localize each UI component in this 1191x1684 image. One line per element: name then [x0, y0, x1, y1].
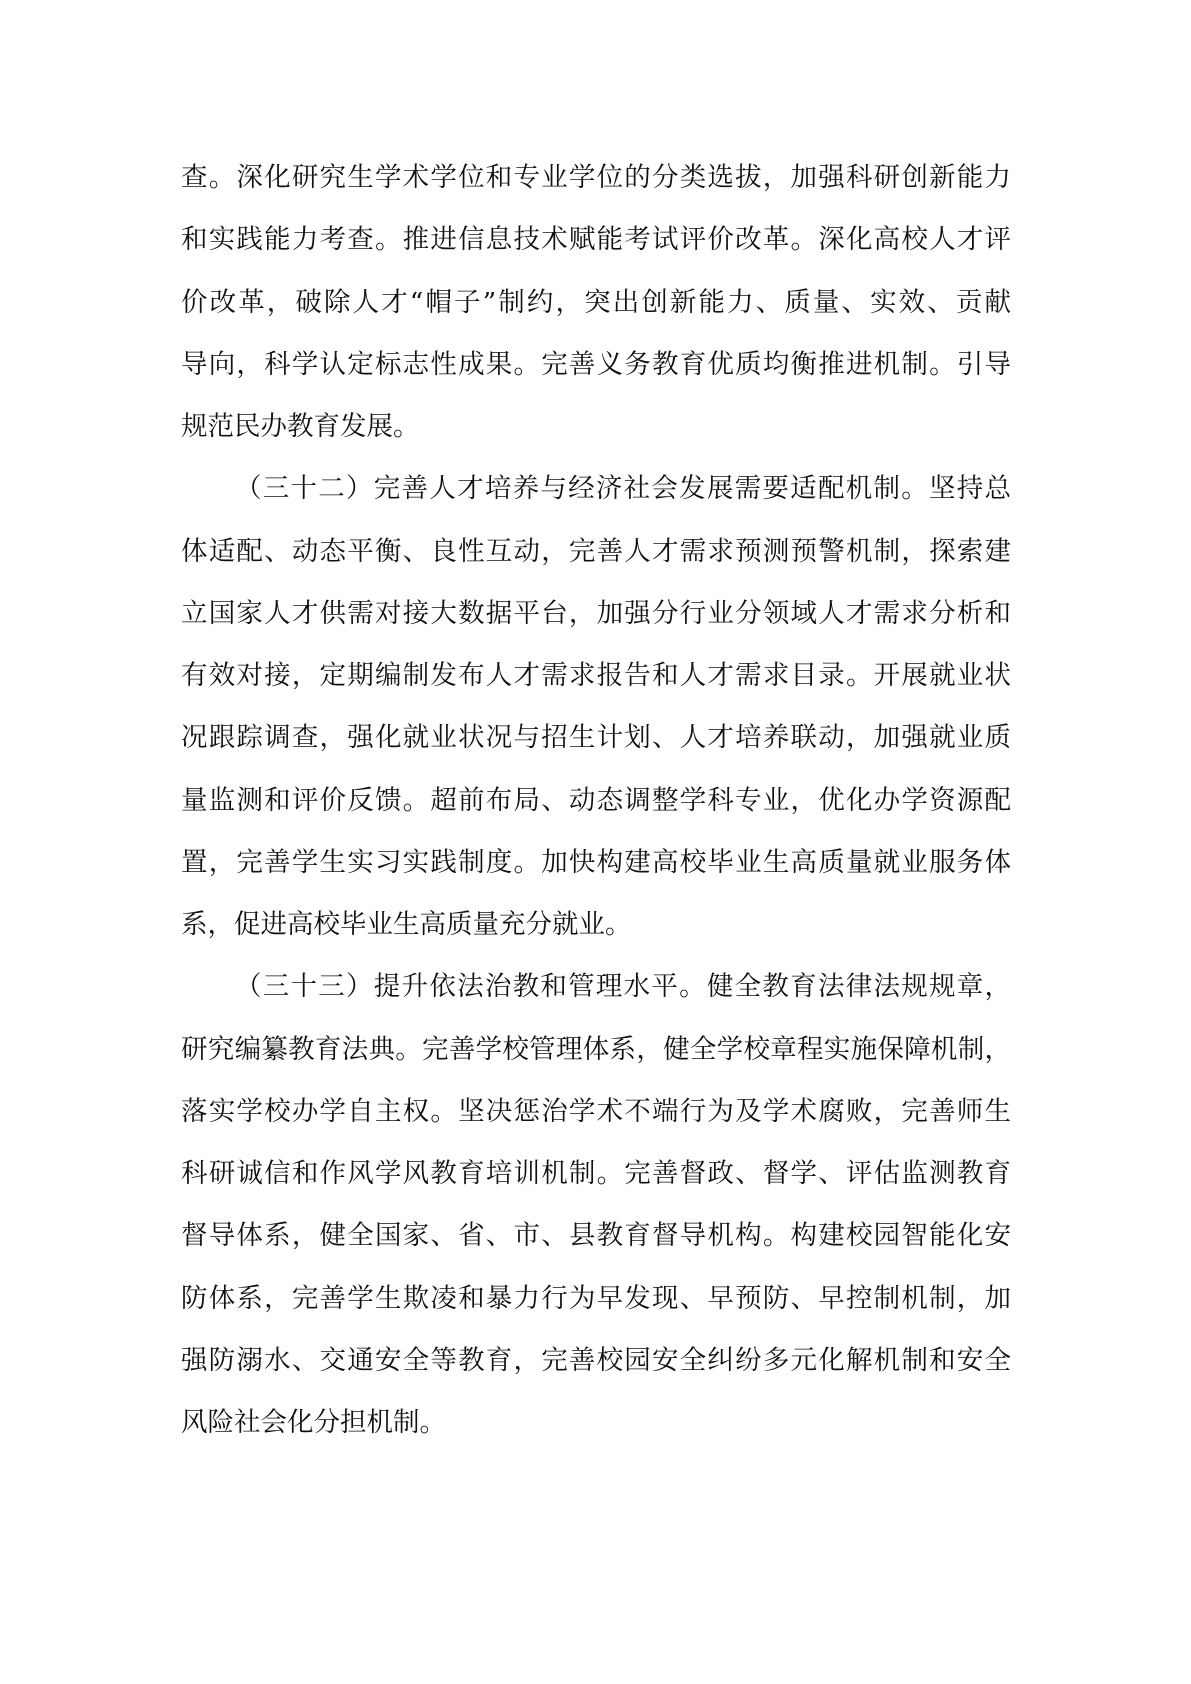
text-line: 和实践能力考查。推进信息技术赋能考试评价改革。深化高校人才评 [181, 221, 1011, 283]
text-line: 量监测和评价反馈。超前布局、动态调整学科专业，优化办学资源配 [181, 782, 1011, 844]
paragraph-continuation: 查。深化研究生学术学位和专业学位的分类选拔，加强科研创新能力 和实践能力考查。推… [181, 159, 1011, 470]
text-line: 科研诚信和作风学风教育培训机制。完善督政、督学、评估监测教育 [181, 1155, 1011, 1217]
text-line: 查。深化研究生学术学位和专业学位的分类选拔，加强科研创新能力 [181, 159, 1011, 221]
document-body: 查。深化研究生学术学位和专业学位的分类选拔，加强科研创新能力 和实践能力考查。推… [181, 159, 1011, 1466]
document-page: 查。深化研究生学术学位和专业学位的分类选拔，加强科研创新能力 和实践能力考查。推… [0, 0, 1191, 1684]
text-line: 况跟踪调查，强化就业状况与招生计划、人才培养联动，加强就业质 [181, 719, 1011, 781]
text-line: 强防溺水、交通安全等教育，完善校园安全纠纷多元化解机制和安全 [181, 1342, 1011, 1404]
text-line: 研究编纂教育法典。完善学校管理体系，健全学校章程实施保障机制， [181, 1031, 1011, 1093]
text-line: 置，完善学生实习实践制度。加快构建高校毕业生高质量就业服务体 [181, 844, 1011, 906]
paragraph-section-32: （三十二）完善人才培养与经济社会发展需要适配机制。坚持总 体适配、动态平衡、良性… [181, 470, 1011, 968]
section-heading-line: （三十二）完善人才培养与经济社会发展需要适配机制。坚持总 [181, 470, 1011, 532]
text-line: 防体系，完善学生欺凌和暴力行为早发现、早预防、早控制机制，加 [181, 1280, 1011, 1342]
text-line: 有效对接，定期编制发布人才需求报告和人才需求目录。开展就业状 [181, 657, 1011, 719]
text-line: 落实学校办学自主权。坚决惩治学术不端行为及学术腐败，完善师生 [181, 1093, 1011, 1155]
text-line: 规范民办教育发展。 [181, 408, 1011, 470]
text-line: 督导体系，健全国家、省、市、县教育督导机构。构建校园智能化安 [181, 1217, 1011, 1279]
text-line: 系，促进高校毕业生高质量充分就业。 [181, 906, 1011, 968]
text-line: 价改革，破除人才“帽子”制约，突出创新能力、质量、实效、贡献 [181, 284, 1011, 346]
text-line: 立国家人才供需对接大数据平台，加强分行业分领域人才需求分析和 [181, 595, 1011, 657]
text-line: 导向，科学认定标志性成果。完善义务教育优质均衡推进机制。引导 [181, 346, 1011, 408]
text-line: 体适配、动态平衡、良性互动，完善人才需求预测预警机制，探索建 [181, 533, 1011, 595]
text-line: 风险社会化分担机制。 [181, 1404, 1011, 1466]
section-heading-line: （三十三）提升依法治教和管理水平。健全教育法律法规规章， [181, 968, 1011, 1030]
paragraph-section-33: （三十三）提升依法治教和管理水平。健全教育法律法规规章， 研究编纂教育法典。完善… [181, 968, 1011, 1466]
